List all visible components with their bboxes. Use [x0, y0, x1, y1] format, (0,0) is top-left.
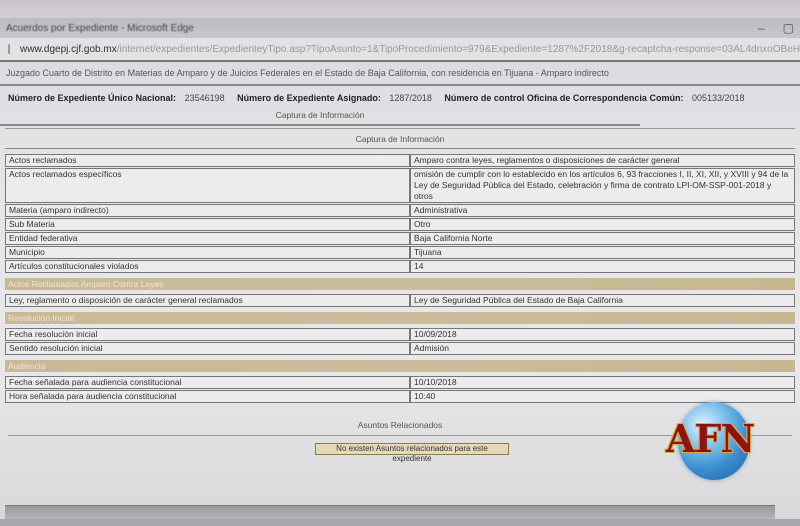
table-row: Sentido resolución inicialAdmisión: [5, 342, 795, 355]
screen-bottom-edge: [0, 519, 800, 526]
table-row: Artículos constitucionales violados14: [5, 260, 795, 273]
expediente-nacional-value: 23546198: [185, 93, 225, 103]
window-titlebar: Acuerdos por Expediente - Microsoft Edge…: [0, 18, 800, 38]
address-bar[interactable]: www.dgepj.cjf.gob.mx /internet/expedient…: [0, 38, 800, 62]
section-table: Ley, reglamento o disposición de carácte…: [5, 293, 795, 308]
captura-card-title: Captura de Información: [5, 129, 795, 149]
court-name: Juzgado Cuarto de Distrito en Materias d…: [0, 64, 800, 86]
row-value: omisión de cumplir con lo establecido en…: [410, 168, 795, 203]
minimize-icon[interactable]: –: [758, 21, 765, 35]
section-table: Fecha resolución inicial10/09/2018Sentid…: [5, 327, 795, 356]
table-row: Materia (amparo indirecto)Administrativa: [5, 204, 795, 217]
expediente-info: Número de Expediente Único Nacional: 235…: [0, 90, 800, 110]
table-row: Entidad federativaBaja California Norte: [5, 232, 795, 245]
row-label: Entidad federativa: [5, 232, 410, 245]
row-label: Hora señalada para audiencia constitucio…: [5, 390, 410, 403]
afn-text: AFN: [652, 416, 768, 461]
row-label: Sub Materia: [5, 218, 410, 231]
table-row: Fecha señalada para audiencia constituci…: [5, 376, 795, 389]
row-value: Tijuana: [410, 246, 795, 259]
url-path[interactable]: /internet/expedientes/ExpedienteyTipo.as…: [117, 44, 800, 55]
page-info-icon[interactable]: [8, 44, 10, 54]
section-header: Resolución Inicial: [5, 312, 795, 324]
row-label: Materia (amparo indirecto): [5, 204, 410, 217]
control-value: 005133/2018: [692, 93, 745, 103]
table-row: Fecha resolución inicial10/09/2018: [5, 328, 795, 341]
no-asuntos-message: No existen Asuntos relacionados para est…: [315, 443, 509, 455]
horizontal-scrollbar[interactable]: [5, 505, 775, 519]
row-value: 14: [410, 260, 795, 273]
captura-tab-title: Captura de Información: [0, 110, 640, 126]
table-row: Sub MateriaOtro: [5, 218, 795, 231]
url-domain[interactable]: www.dgepj.cjf.gob.mx: [20, 44, 117, 55]
captura-card: Captura de Información Actos reclamadosA…: [5, 128, 795, 396]
expediente-asignado-value: 1287/2018: [389, 93, 432, 103]
row-label: Fecha señalada para audiencia constituci…: [5, 376, 410, 389]
row-value: Administrativa: [410, 204, 795, 217]
row-label: Sentido resolución inicial: [5, 342, 410, 355]
row-value: 10/09/2018: [410, 328, 795, 341]
window-title: Acuerdos por Expediente - Microsoft Edge: [6, 23, 194, 34]
section-table: Fecha señalada para audiencia constituci…: [5, 375, 795, 404]
maximize-icon[interactable]: ▢: [783, 21, 794, 35]
expediente-nacional-label: Número de Expediente Único Nacional:: [8, 93, 176, 103]
row-value: Ley de Seguridad Pública del Estado de B…: [410, 294, 795, 307]
row-label: Municipio: [5, 246, 410, 259]
table-row: Actos reclamadosAmparo contra leyes, reg…: [5, 154, 795, 167]
general-info-table: Actos reclamadosAmparo contra leyes, reg…: [5, 153, 795, 274]
row-label: Actos reclamados: [5, 154, 410, 167]
row-label: Fecha resolución inicial: [5, 328, 410, 341]
expediente-asignado-label: Número de Expediente Asignado:: [237, 93, 381, 103]
row-value: 10/10/2018: [410, 376, 795, 389]
section-header: Audiencia: [5, 360, 795, 372]
table-row: MunicipioTijuana: [5, 246, 795, 259]
control-label: Número de control Oficina de Corresponde…: [444, 93, 683, 103]
screen-top-edge: [0, 0, 800, 18]
row-value: Amparo contra leyes, reglamentos o dispo…: [410, 154, 795, 167]
row-label: Actos reclamados específicos: [5, 168, 410, 203]
row-value: Baja California Norte: [410, 232, 795, 245]
row-value: Admisión: [410, 342, 795, 355]
table-row: Ley, reglamento o disposición de carácte…: [5, 294, 795, 307]
afn-watermark-logo: AFN: [652, 402, 768, 484]
row-label: Ley, reglamento o disposición de carácte…: [5, 294, 410, 307]
section-header: Actos Reclamados Amparo Contra Leyes: [5, 278, 795, 290]
row-label: Artículos constitucionales violados: [5, 260, 410, 273]
table-row: Actos reclamados específicosomisión de c…: [5, 168, 795, 203]
row-value: Otro: [410, 218, 795, 231]
